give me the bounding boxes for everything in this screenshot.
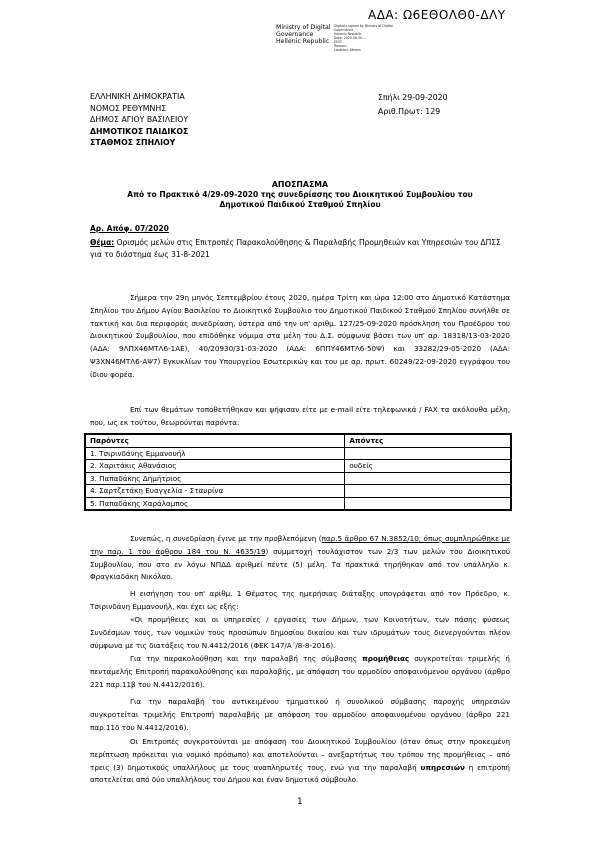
page-number: 1	[297, 797, 303, 807]
subject: Θέμα: Ορισμός μελών στις Επιτροπές Παρακ…	[90, 237, 510, 261]
title-line: Δημοτικού Παιδικού Σταθμού Σπηλίου	[80, 200, 520, 210]
paragraph-meeting: Σήμερα την 29η μηνός Σεπτεμβρίου έτους 2…	[90, 292, 510, 382]
present-member: 5. Παπαδάκης Χαράλαμπος	[85, 497, 345, 510]
table-row: 4. Σαρτζετάκη Ευαγγελία - Σταυρίνα	[85, 485, 511, 498]
table-row: 3. Παπαδάκης Δημήτριος	[85, 472, 511, 485]
title-line: Από το Πρακτικό 4/29-09-2020 της συνεδρί…	[80, 190, 520, 200]
table-header-row: Παρόντες Απόντες	[85, 434, 511, 447]
document-title: ΑΠΟΣΠΑΣΜΑ Από το Πρακτικό 4/29-09-2020 τ…	[80, 180, 520, 210]
table-row: 1. Τσιρινδάνης Εμμανουήλ	[85, 447, 511, 460]
present-member: 4. Σαρτζετάκη Ευαγγελία - Σταυρίνα	[85, 485, 345, 498]
signature-line: Governance	[276, 31, 331, 38]
attendance-table: Παρόντες Απόντες 1. Τσιρινδάνης Εμμανουή…	[84, 433, 512, 511]
signature-detail: Digitally signed by Ministry of Digital …	[334, 24, 394, 32]
paragraph-supplies-committee: Για την παρακολούθηση και την παραλαβή τ…	[90, 653, 510, 691]
digital-signature-details: Digitally signed by Ministry of Digital …	[334, 24, 394, 52]
present-member: 3. Παπαδάκης Δημήτριος	[85, 472, 345, 485]
issuer-line: ΝΟΜΟΣ ΡΕΘΥΜΝΗΣ	[90, 103, 188, 115]
absent-member	[345, 485, 511, 498]
header-present: Παρόντες	[85, 434, 345, 447]
table-row: 5. Παπαδάκης Χαράλαμπος	[85, 497, 511, 510]
header-absent: Απόντες	[345, 434, 511, 447]
paragraph-quorum: Συνεπώς, η συνεδρίαση έγινε με την προβλ…	[90, 533, 510, 584]
services-bold: υπηρεσιών	[421, 763, 465, 772]
absent-member	[345, 447, 511, 460]
paragraph-law: «Οι προμήθειες και οι υπηρεσίες / εργασί…	[90, 614, 510, 652]
paragraph-committee-composition: Οι Επιτροπές συγκροτούνται με απόφαση το…	[90, 736, 510, 787]
absent-member	[345, 472, 511, 485]
date-protocol-block: Σπήλι 29-09-2020 Αριθ.Πρωτ: 129	[378, 91, 448, 119]
title-heading: ΑΠΟΣΠΑΣΜΑ	[80, 180, 520, 190]
protocol-number: Αριθ.Πρωτ: 129	[378, 105, 448, 119]
digital-signature-label: Ministry of Digital Governance Hellenic …	[276, 24, 331, 45]
decision-number: Αρ. Απόφ. 07/2020	[90, 224, 169, 233]
paragraph-services-committee: Για την παραλαβή του αντικειμένου τμηματ…	[90, 696, 510, 734]
issuer-line: ΕΛΛΗΝΙΚΗ ΔΗΜΟΚΡΑΤΙΑ	[90, 91, 188, 103]
subject-label: Θέμα:	[90, 238, 114, 247]
signature-detail: Location: Athens	[334, 48, 394, 52]
supplies-bold: προμήθειας	[362, 654, 409, 663]
ada-code: ΑΔΑ: Ω6ΕΘΟΛΘ0-ΔΛΥ	[368, 8, 506, 22]
place-date: Σπήλι 29-09-2020	[378, 91, 448, 105]
table-row: 2. Χαριτάκις Αθανάσιος ουδείς	[85, 460, 511, 473]
absent-member	[345, 497, 511, 510]
issuer-line: ΔΗΜΟΣ ΑΓΙΟΥ ΒΑΣΙΛΕΙΟΥ	[90, 114, 188, 126]
signature-line: Hellenic Republic	[276, 38, 331, 45]
supplies-text: Για την παρακολούθηση και την παραλαβή τ…	[130, 654, 362, 663]
absent-member: ουδείς	[345, 460, 511, 473]
paragraph-introduction: Η εισήγηση του υπ' αριθμ. 1 Θέματος της …	[90, 588, 510, 614]
issuer-line: ΔΗΜΟΤΙΚΟΣ ΠΑΙΔΙΚΟΣ	[90, 126, 188, 138]
signature-line: Ministry of Digital	[276, 24, 331, 31]
present-member: 1. Τσιρινδάνης Εμμανουήλ	[85, 447, 345, 460]
quorum-text: Συνεπώς, η συνεδρίαση έγινε με την προβλ…	[130, 534, 322, 543]
paragraph-voting: Επί των θεμάτων τοποθετήθηκαν και ψήφισα…	[90, 404, 510, 430]
issuer-line: ΣΤΑΘΜΟΣ ΣΠΗΛΙΟΥ	[90, 137, 188, 149]
present-member: 2. Χαριτάκις Αθανάσιος	[85, 460, 345, 473]
issuer-header: ΕΛΛΗΝΙΚΗ ΔΗΜΟΚΡΑΤΙΑ ΝΟΜΟΣ ΡΕΘΥΜΝΗΣ ΔΗΜΟΣ…	[90, 91, 188, 149]
subject-text: Ορισμός μελών στις Επιτροπές Παρακολούθη…	[90, 238, 501, 259]
